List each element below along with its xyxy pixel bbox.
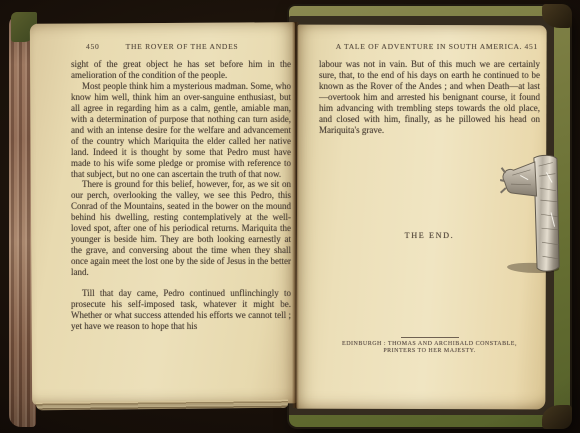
right-page-number: 451: [525, 42, 539, 51]
paragraph: labour was not in vain. But of this much…: [319, 59, 540, 136]
paragraph: Most people think him a mysterious madma…: [71, 81, 291, 180]
right-header-title: A TALE OF ADVENTURE IN SOUTH AMERICA.: [336, 42, 523, 51]
paragraph: Till that day came, Pedro continued unfl…: [71, 288, 291, 332]
colophon-line: PRINTERS TO HER MAJESTY.: [319, 348, 540, 356]
right-page-text: labour was not in vain. But of this much…: [319, 59, 540, 136]
left-page-text: sight of the great object he has set bef…: [71, 59, 291, 332]
right-running-header: A TALE OF ADVENTURE IN SOUTH AMERICA. 45…: [318, 42, 540, 51]
silver-bookmark-clasp: [497, 151, 575, 276]
colophon-rule: [401, 337, 459, 338]
paragraph: There is ground for this belief, however…: [71, 179, 291, 278]
left-running-header: 450 THE ROVER OF THE ANDES: [72, 42, 292, 51]
book-gutter: [292, 22, 299, 408]
book-photo: 450 THE ROVER OF THE ANDES sight of the …: [0, 0, 580, 433]
left-page-number: 450: [86, 42, 100, 51]
paragraph: sight of the great object he has set bef…: [71, 59, 291, 81]
left-header-title: THE ROVER OF THE ANDES: [126, 42, 239, 51]
printer-colophon: EDINBURGH : THOMAS AND ARCHIBALD CONSTAB…: [319, 337, 540, 356]
cover-corner-cap: [542, 405, 572, 429]
page-stack-edges: [36, 400, 288, 411]
